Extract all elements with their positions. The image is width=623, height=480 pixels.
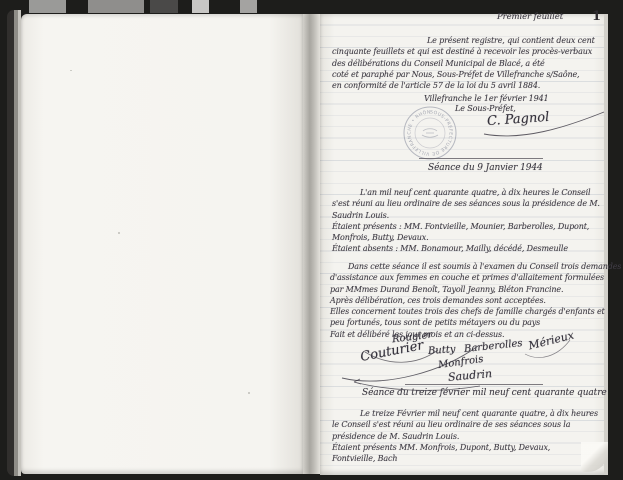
handwritten-line: d'assistance aux femmes en couche et pri… (330, 272, 621, 283)
handwritten-line: Étaient présents MM. Monfrois, Dupont, B… (332, 442, 598, 453)
book-top-edge-block (29, 0, 66, 13)
handwritten-line: Étaient présents : MM. Fontvieille, Moun… (332, 221, 600, 232)
stamp-emblem (422, 129, 438, 138)
certification-dateline: Villefranche le 1er février 1941 (424, 94, 549, 103)
handwritten-line: L'an mil neuf cent quarante quatre, à di… (332, 187, 600, 198)
seance1-attendance: L'an mil neuf cent quarante quatre, à di… (332, 187, 600, 255)
seance2-heading: Séance du treize février mil neuf cent q… (362, 388, 607, 398)
page-block-edge (604, 14, 608, 475)
left-blank-page (21, 14, 303, 474)
prefect-signature-flourish (462, 104, 612, 146)
seance2-paragraph: Le treize Février mil neuf cent quarante… (332, 408, 598, 464)
handwritten-line: Dans cette séance il est soumis à l'exam… (330, 261, 621, 272)
heading-rule (419, 158, 543, 159)
handwritten-line: des délibérations du Conseil Municipal d… (332, 58, 595, 69)
handwritten-line: Après délibération, ces trois demandes s… (330, 295, 621, 306)
handwritten-line: coté et paraphé par Nous, Sous-Préfet de… (332, 69, 595, 80)
handwritten-line: présidence de M. Saudrin Louis. (332, 431, 598, 442)
book-gutter (303, 14, 320, 474)
handwritten-line: Le présent registre, qui contient deux c… (332, 35, 595, 46)
handwritten-line: Elles concernent toutes trois des chefs … (330, 306, 621, 317)
paper-speck (118, 232, 120, 234)
handwritten-line: Monfrois, Butty, Devaux. (332, 232, 600, 243)
register-scan: 1 Premier feuillet Le présent registre, … (0, 0, 623, 480)
handwritten-line: Le treize Février mil neuf cent quarante… (332, 408, 598, 419)
handwritten-line: en conformité de l'article 57 de la loi … (332, 80, 595, 91)
seance1-heading: Séance du 9 Janvier 1944 (428, 163, 543, 173)
paper-speck (248, 392, 250, 394)
handwritten-line: par MMmes Durand Benoît, Tayoll Jeanny, … (330, 284, 621, 295)
book-top-edge-block (240, 0, 257, 13)
handwritten-line: cinquante feuillets et qui est destiné à… (332, 46, 595, 57)
handwritten-line: Saudrin Louis. (332, 210, 600, 221)
heading-rule (405, 384, 543, 385)
header-note: Premier feuillet (497, 12, 563, 22)
handwritten-line: Fontvieille, Bach (332, 453, 598, 464)
certification-paragraph: Le présent registre, qui contient deux c… (332, 35, 595, 91)
page-number: 1 (592, 9, 601, 24)
handwritten-line: Étaient absents : MM. Bonamour, Mailly, … (332, 243, 600, 254)
paper-speck (70, 70, 72, 71)
handwritten-line: s'est réuni au lieu ordinaire de ses séa… (332, 198, 600, 209)
book-cover-edge (7, 10, 14, 476)
book-top-edge-block (150, 0, 178, 13)
book-top-edge-block (192, 0, 209, 13)
book-top-edge-block (88, 0, 144, 13)
sous-prefecture-stamp: SOUS-PRÉFECTURE DE VILLEFRANCHE • RHÔNE … (402, 105, 458, 161)
handwritten-line: le Conseil s'est réuni au lieu ordinaire… (332, 419, 598, 430)
